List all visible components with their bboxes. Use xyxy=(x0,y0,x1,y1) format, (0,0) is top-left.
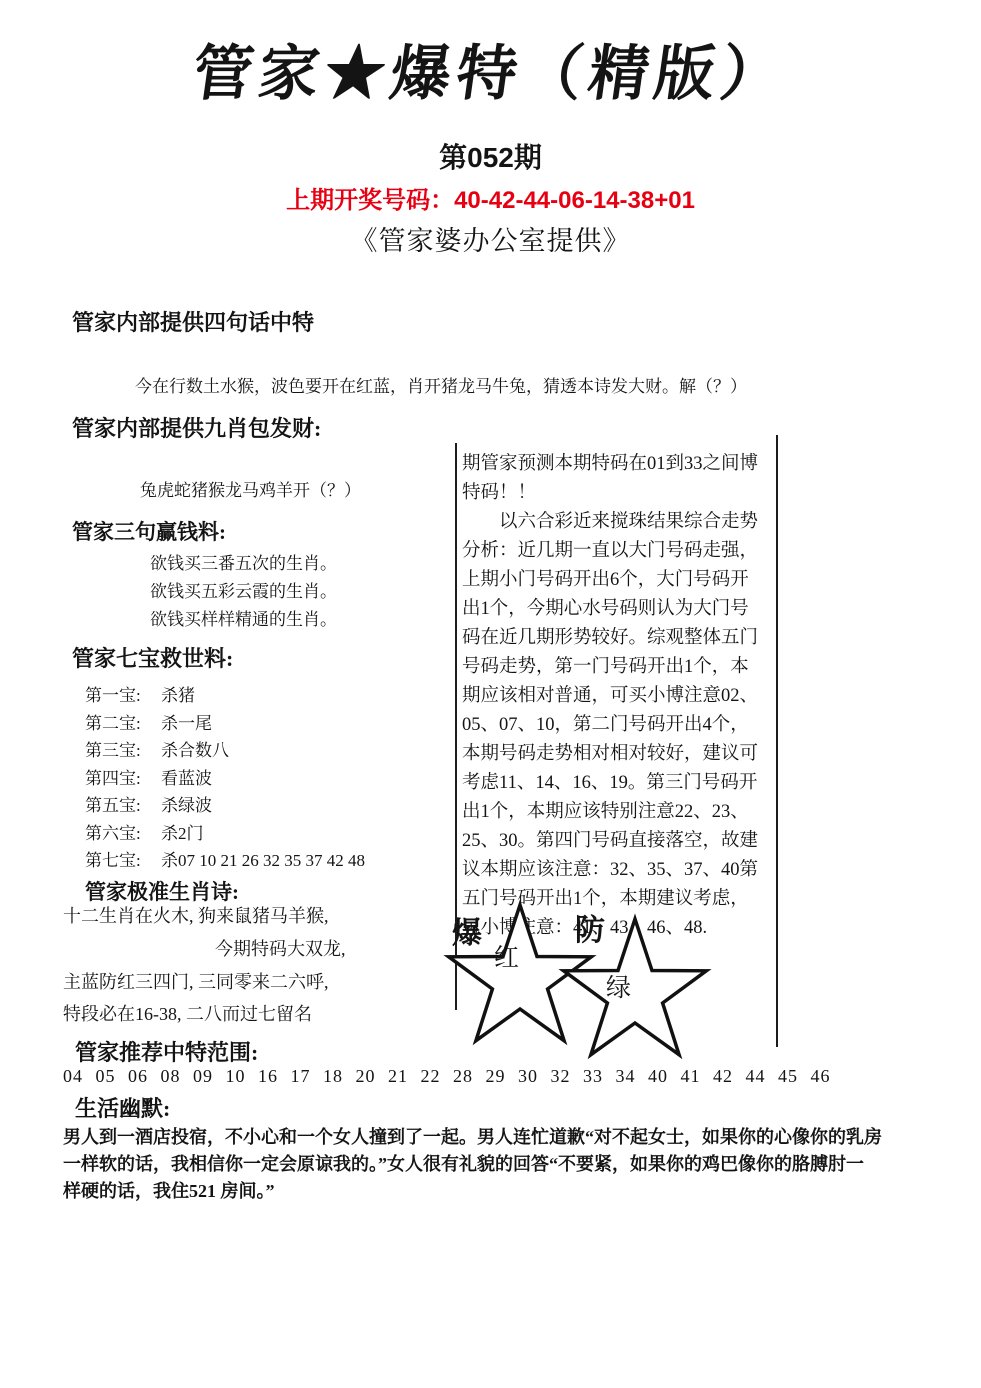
analysis-line: 特码！！ xyxy=(462,479,758,508)
four-sentence-verse: 今在行数土水猴，波色要开在红蓝，肖开猪龙马牛兔，猜透本诗发大财。解（？） xyxy=(135,372,747,397)
star-inner-red: 红 xyxy=(494,938,519,974)
treasure-label: 第七宝: xyxy=(85,847,147,875)
humor-line: 男人到一酒店投宿，不小心和一个女人撞到了一起。男人连忙道歉“对不起女士，如果你的… xyxy=(63,1124,882,1151)
treasure-label: 第四宝: xyxy=(85,765,147,793)
three-sentence-lines: 欲钱买三番五次的生肖。 欲钱买五彩云霞的生肖。 欲钱买样样精通的生肖。 xyxy=(150,550,337,634)
treasure-value: 杀2门 xyxy=(161,824,204,843)
zodiac-poem-line: 十二生肖在火木, 狗来鼠猪马羊猴, xyxy=(63,902,329,928)
recommended-numbers: 04 05 06 08 09 10 16 17 18 20 21 22 28 2… xyxy=(63,1066,831,1087)
analysis-paragraph: 期管家预测本期特码在01到33之间博 特码！！ 以六合彩近来搅珠结果综合走势 分… xyxy=(462,450,758,943)
treasure-label: 第一宝: xyxy=(85,682,147,710)
issue-number: 第052期 xyxy=(0,136,981,176)
analysis-line: 议本期应该注意：32、35、37、40第 xyxy=(462,856,758,885)
treasure-value: 杀一尾 xyxy=(161,714,212,733)
analysis-line: 上期小门号码开出6个，大门号码开 xyxy=(462,566,758,595)
section-header-range: 管家推荐中特范围: xyxy=(75,1036,258,1067)
analysis-line: 号码走势，第一门号码开出1个，本 xyxy=(462,653,758,682)
treasure-value: 看蓝波 xyxy=(161,769,212,788)
zodiac-poem-line: 主蓝防红三四门, 三同零来二六呼, xyxy=(63,968,329,994)
treasure-label: 第五宝: xyxy=(85,792,147,820)
star-inner-green: 绿 xyxy=(606,968,631,1004)
humor-line: 一样软的话，我相信你一定会原谅我的。”女人很有礼貌的回答“不要紧，如果你的鸡巴像… xyxy=(63,1151,882,1178)
three-sentence-line: 欲钱买样样精通的生肖。 xyxy=(150,606,337,634)
analysis-line: 期管家预测本期特码在01到33之间博 xyxy=(462,450,758,479)
star-prefix-fang: 防 xyxy=(575,905,605,949)
last-draw-numbers: 上期开奖号码：40-42-44-06-14-38+01 xyxy=(0,180,981,215)
provider-line: 《管家婆办公室提供》 xyxy=(0,219,981,258)
three-sentence-line: 欲钱买五彩云霞的生肖。 xyxy=(150,578,337,606)
zodiac-poem-line: 特段必在16-38, 二八而过七留名 xyxy=(63,1000,312,1026)
treasure-row: 第五宝:杀绿波 xyxy=(85,792,365,820)
scanned-lottery-flyer: 管家★爆特（精版） 第052期 上期开奖号码：40-42-44-06-14-38… xyxy=(0,0,981,1388)
treasure-value: 杀合数八 xyxy=(161,741,229,760)
treasure-label: 第二宝: xyxy=(85,710,147,738)
treasure-label: 第三宝: xyxy=(85,737,147,765)
analysis-line: 考虑11、14、16、19。第三门号码开 xyxy=(462,769,758,798)
treasure-row: 第二宝:杀一尾 xyxy=(85,710,365,738)
analysis-line: 期应该相对普通，可买小博注意02、 xyxy=(462,682,758,711)
analysis-line: 出1个，今期心水号码则认为大门号 xyxy=(462,595,758,624)
analysis-line: 以六合彩近来搅珠结果综合走势 xyxy=(462,508,758,537)
analysis-line: 05、07、10，第二门号码开出4个， xyxy=(462,711,758,740)
analysis-line: 25、30。第四门号码直接落空，故建 xyxy=(462,827,758,856)
page-title: 管家★爆特（精版） xyxy=(0,26,981,112)
analysis-line: 码在近几期形势较好。综观整体五门 xyxy=(462,624,758,653)
treasure-row: 第七宝:杀07 10 21 26 32 35 37 42 48 xyxy=(85,847,365,875)
section-header-three-sentence: 管家三句赢钱料: xyxy=(72,516,226,546)
treasure-row: 第三宝:杀合数八 xyxy=(85,737,365,765)
zodiac-poem-line: 今期特码大双龙, xyxy=(215,935,346,961)
treasure-row: 第六宝:杀2门 xyxy=(85,820,365,848)
column-rule-right xyxy=(776,435,778,1047)
section-header-seven-treasure: 管家七宝救世料: xyxy=(72,642,233,673)
analysis-line: 分析：近几期一直以大门号码走强， xyxy=(462,537,758,566)
analysis-line: 出1个，本期应该特别注意22、23、 xyxy=(462,798,758,827)
seven-treasure-list: 第一宝:杀猪 第二宝:杀一尾 第三宝:杀合数八 第四宝:看蓝波 第五宝:杀绿波 … xyxy=(85,682,365,875)
humor-paragraph: 男人到一酒店投宿，不小心和一个女人撞到了一起。男人连忙道歉“对不起女士，如果你的… xyxy=(63,1124,882,1205)
nine-zodiac-list: 兔虎蛇猪猴龙马鸡羊开（？） xyxy=(140,476,361,501)
treasure-value: 杀07 10 21 26 32 35 37 42 48 xyxy=(161,851,365,870)
treasure-value: 杀绿波 xyxy=(161,796,212,815)
section-header-nine-zodiac: 管家内部提供九肖包发财: xyxy=(72,412,321,443)
three-sentence-line: 欲钱买三番五次的生肖。 xyxy=(150,550,337,578)
treasure-value: 杀猪 xyxy=(161,686,195,705)
treasure-label: 第六宝: xyxy=(85,820,147,848)
section-header-four-sentence: 管家内部提供四句话中特 xyxy=(72,306,314,337)
section-header-humor: 生活幽默: xyxy=(75,1092,170,1123)
treasure-row: 第一宝:杀猪 xyxy=(85,682,365,710)
treasure-row: 第四宝:看蓝波 xyxy=(85,765,365,793)
analysis-line: 本期号码走势相对相对较好，建议可 xyxy=(462,740,758,769)
star-prefix-bao: 爆 xyxy=(452,908,482,952)
humor-line: 样硬的话，我住521 房间。” xyxy=(63,1178,882,1205)
